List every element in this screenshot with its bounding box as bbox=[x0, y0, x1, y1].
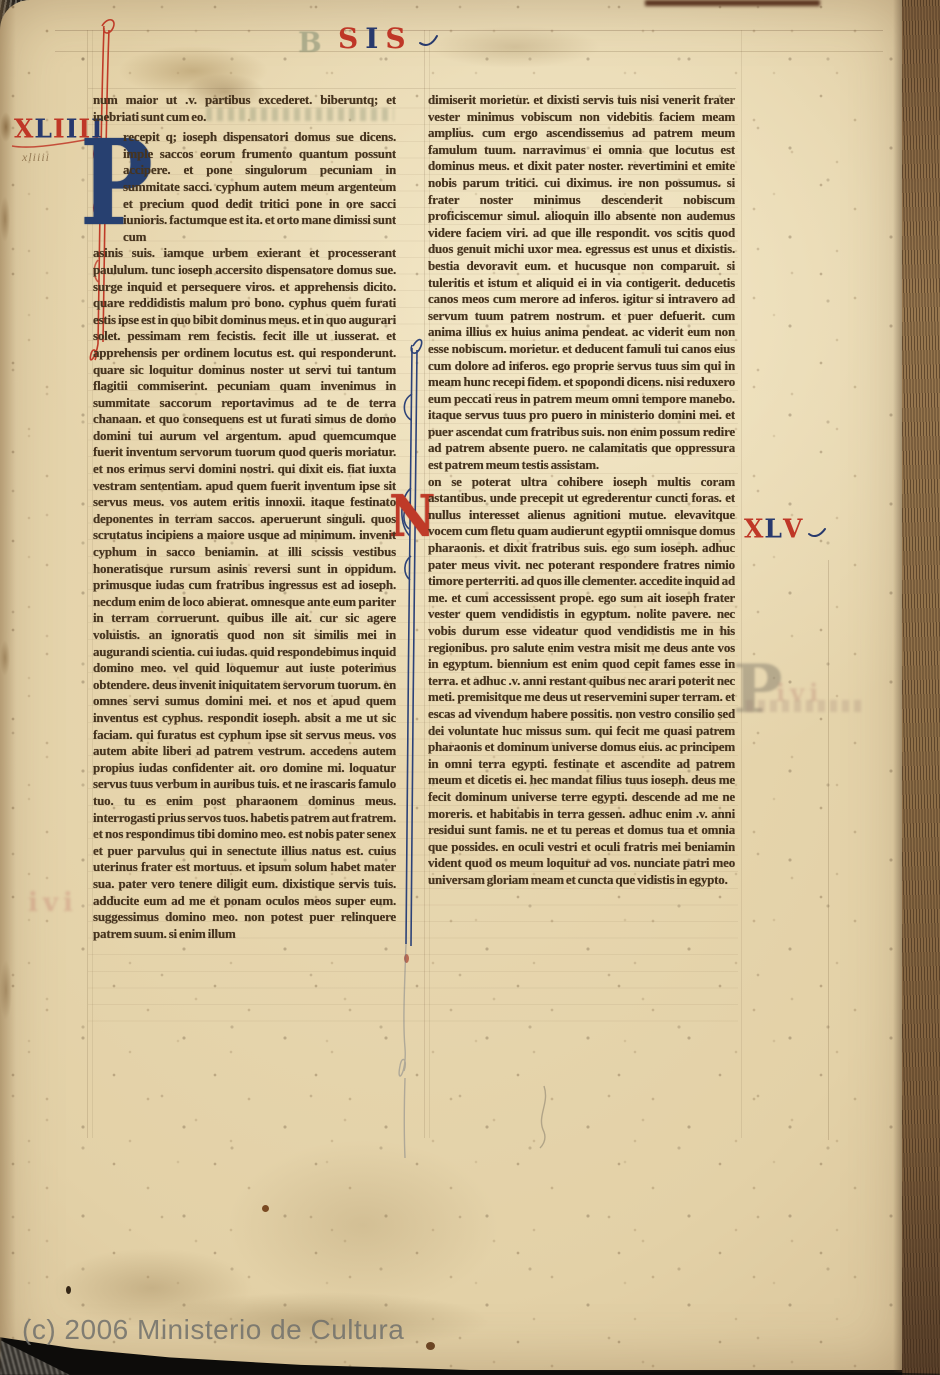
chapter-letter: L bbox=[764, 513, 783, 543]
top-edge-smear bbox=[645, 0, 820, 6]
column-text: asinis suis. iamque urbem exierant et pr… bbox=[93, 245, 396, 942]
running-title-letter: S bbox=[385, 22, 412, 55]
text-column-right: dimiserit morietur. et dixisti servis tu… bbox=[428, 92, 735, 1024]
ruling-line bbox=[55, 30, 883, 31]
pen-flourish-icon bbox=[417, 32, 439, 50]
running-title-letter: S bbox=[338, 22, 365, 55]
stain bbox=[228, 1140, 498, 1310]
blue-filigree-decoration bbox=[392, 330, 424, 1170]
column-text: dimiserit morietur. et dixisti servis tu… bbox=[428, 92, 735, 474]
ghost-chapter-number: ivi bbox=[776, 678, 823, 707]
stain bbox=[262, 1205, 269, 1212]
pen-flourish-icon bbox=[807, 526, 827, 540]
column-guide-line bbox=[424, 30, 425, 1138]
parchment-page: BSIS XLIIII xliiii XLV ivi P ivi bbox=[0, 0, 906, 1370]
stain bbox=[426, 1342, 435, 1350]
chapter-letter: V bbox=[783, 513, 803, 543]
column-text: num maior ut .v. partibus excederet. bib… bbox=[93, 92, 396, 125]
column-text: recepit q; ioseph dispensatori domus sue… bbox=[123, 129, 396, 245]
stain bbox=[66, 1286, 71, 1294]
chapter-gloss: xliiii bbox=[22, 150, 50, 165]
ruling-line bbox=[55, 51, 883, 52]
pencil-mark bbox=[530, 1082, 556, 1152]
column-guide-line bbox=[741, 30, 742, 1138]
manuscript-scan: BSIS XLIIII xliiii XLV ivi P ivi bbox=[0, 0, 940, 1375]
chapter-letter: X bbox=[744, 513, 764, 543]
column-text: on se poterat ultra cohibere ioseph mult… bbox=[428, 474, 735, 889]
stain bbox=[118, 46, 268, 96]
chapter-number-xlv: XLV bbox=[744, 514, 803, 543]
ghost-chapter-number: ivi bbox=[28, 888, 78, 918]
stain bbox=[404, 954, 409, 963]
page-left-edge bbox=[0, 0, 16, 1370]
running-title-letter: I bbox=[365, 22, 385, 55]
stain bbox=[430, 26, 600, 68]
ruling-line bbox=[88, 88, 736, 89]
parchment-crease bbox=[828, 560, 829, 1140]
running-title: BSIS bbox=[338, 22, 413, 55]
text-column-left: num maior ut .v. partibus excederet. bib… bbox=[93, 92, 396, 1024]
copyright-watermark: (c) 2006 Ministerio de Cultura bbox=[22, 1314, 404, 1346]
book-fore-edge bbox=[902, 0, 940, 1375]
running-title-ghost-letter: B bbox=[298, 26, 329, 59]
